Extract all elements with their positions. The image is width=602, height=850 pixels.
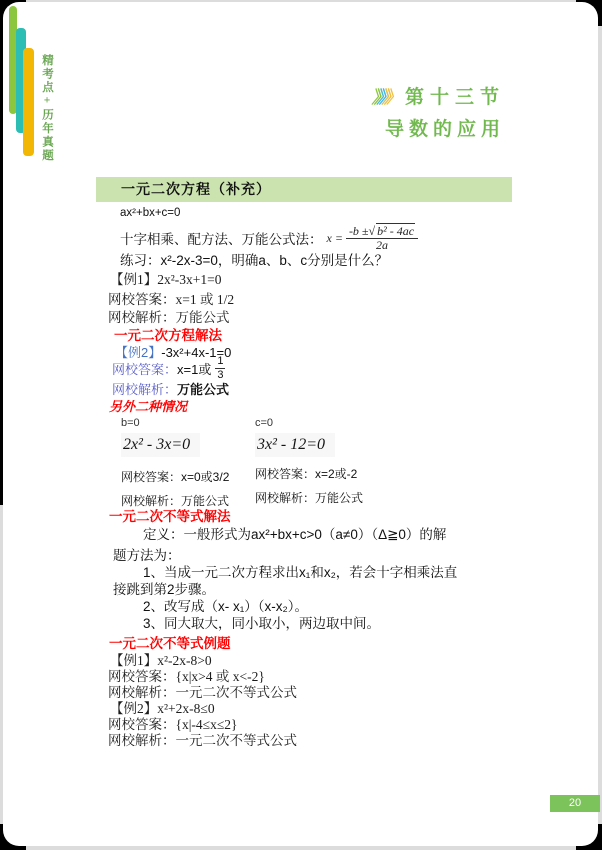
case-c-zero: c=0 3x² - 12=0 网校答案：x=2或-2 网校解析：万能公式	[255, 416, 363, 509]
example1-analysis: 网校解析：万能公式	[108, 306, 230, 326]
radical-sign: √	[369, 224, 376, 238]
chapter-section-row: 》》》》》》第十三节	[243, 86, 505, 110]
answer-fraction: 1 3	[215, 356, 225, 381]
answer-prefix: x=1或	[177, 359, 211, 378]
radicand: b² - 4ac	[376, 223, 415, 238]
ineq-example2-analysis: 网校解析：一元二次不等式公式	[108, 729, 297, 749]
heading-inequality-solving: 一元二次不等式解法	[109, 505, 231, 525]
definition-line1: 定义：一般形式为ax²+bx+c>0（a≠0）（Δ≧0）的解	[143, 523, 446, 543]
chapter-title-block: 》》》》》》第十三节 导数的应用	[243, 86, 505, 142]
general-form-equation: ax²+bx+c=0	[120, 207, 180, 219]
formula-fraction: -b ±√b² - 4ac 2a	[346, 225, 418, 252]
example1-title: 【例1】2x²-3x+1=0	[110, 268, 222, 288]
formula-lhs: x =	[327, 231, 343, 246]
analysis-value: 万能公式	[177, 382, 229, 397]
formula-numerator: -b ±√b² - 4ac	[346, 225, 418, 239]
document-stage: 精考点+历年真题 》》》》》》第十三节 导数的应用 一元二次方程（补充） ax²…	[0, 0, 602, 850]
case-equation: 3x² - 12=0	[255, 433, 335, 457]
example1-answer: 网校答案：x=1 或 1/2	[108, 288, 234, 308]
analysis-label: 网校解析：	[112, 382, 177, 397]
document-page: 精考点+历年真题 》》》》》》第十三节 导数的应用 一元二次方程（补充） ax²…	[3, 2, 598, 846]
case-analysis: 网校解析：万能公式	[255, 489, 363, 506]
chapter-title: 导数的应用	[243, 118, 505, 142]
section-header-band: 一元二次方程（补充）	[96, 177, 512, 202]
numerator-prefix: -b ±	[349, 224, 369, 238]
practice-line: 练习：x²-2x-3=0，明确a、b、c分别是什么？	[120, 249, 388, 269]
page-number-badge: 20	[550, 795, 600, 812]
chevron-icon: 》	[384, 88, 395, 107]
chapter-section-label: 第十三节	[405, 87, 505, 108]
step3: 3、同大取大，同小取小，两边取中间。	[143, 612, 380, 632]
case-b-zero: b=0 2x² - 3x=0 网校答案：x=0或3/2 网校解析：万能公式	[121, 416, 255, 509]
heading-equation-solving: 一元二次方程解法	[114, 324, 222, 344]
case-condition: b=0	[121, 416, 255, 430]
section-header-title: 一元二次方程（补充）	[96, 177, 512, 202]
case-condition: c=0	[255, 416, 363, 430]
case-answer: 网校答案：x=2或-2	[255, 465, 363, 482]
case-equation: 2x² - 3x=0	[121, 433, 200, 457]
methods-label: 十字相乘、配方法、万能公式法：	[120, 228, 323, 248]
heading-other-cases: 另外二种情况	[109, 396, 187, 415]
quadratic-formula: x = -b ±√b² - 4ac 2a	[327, 225, 419, 252]
answer-label: 网校答案：	[112, 359, 177, 378]
accent-bar-yellow	[23, 48, 34, 156]
example2-answer: 网校答案： x=1或 1 3	[112, 356, 225, 380]
fraction-numerator: 1	[215, 356, 225, 369]
other-cases-columns: b=0 2x² - 3x=0 网校答案：x=0或3/2 网校解析：万能公式 c=…	[121, 416, 363, 509]
case-answer: 网校答案：x=0或3/2	[121, 468, 255, 485]
sidebar-slogan: 精考点+历年真题	[39, 54, 55, 164]
